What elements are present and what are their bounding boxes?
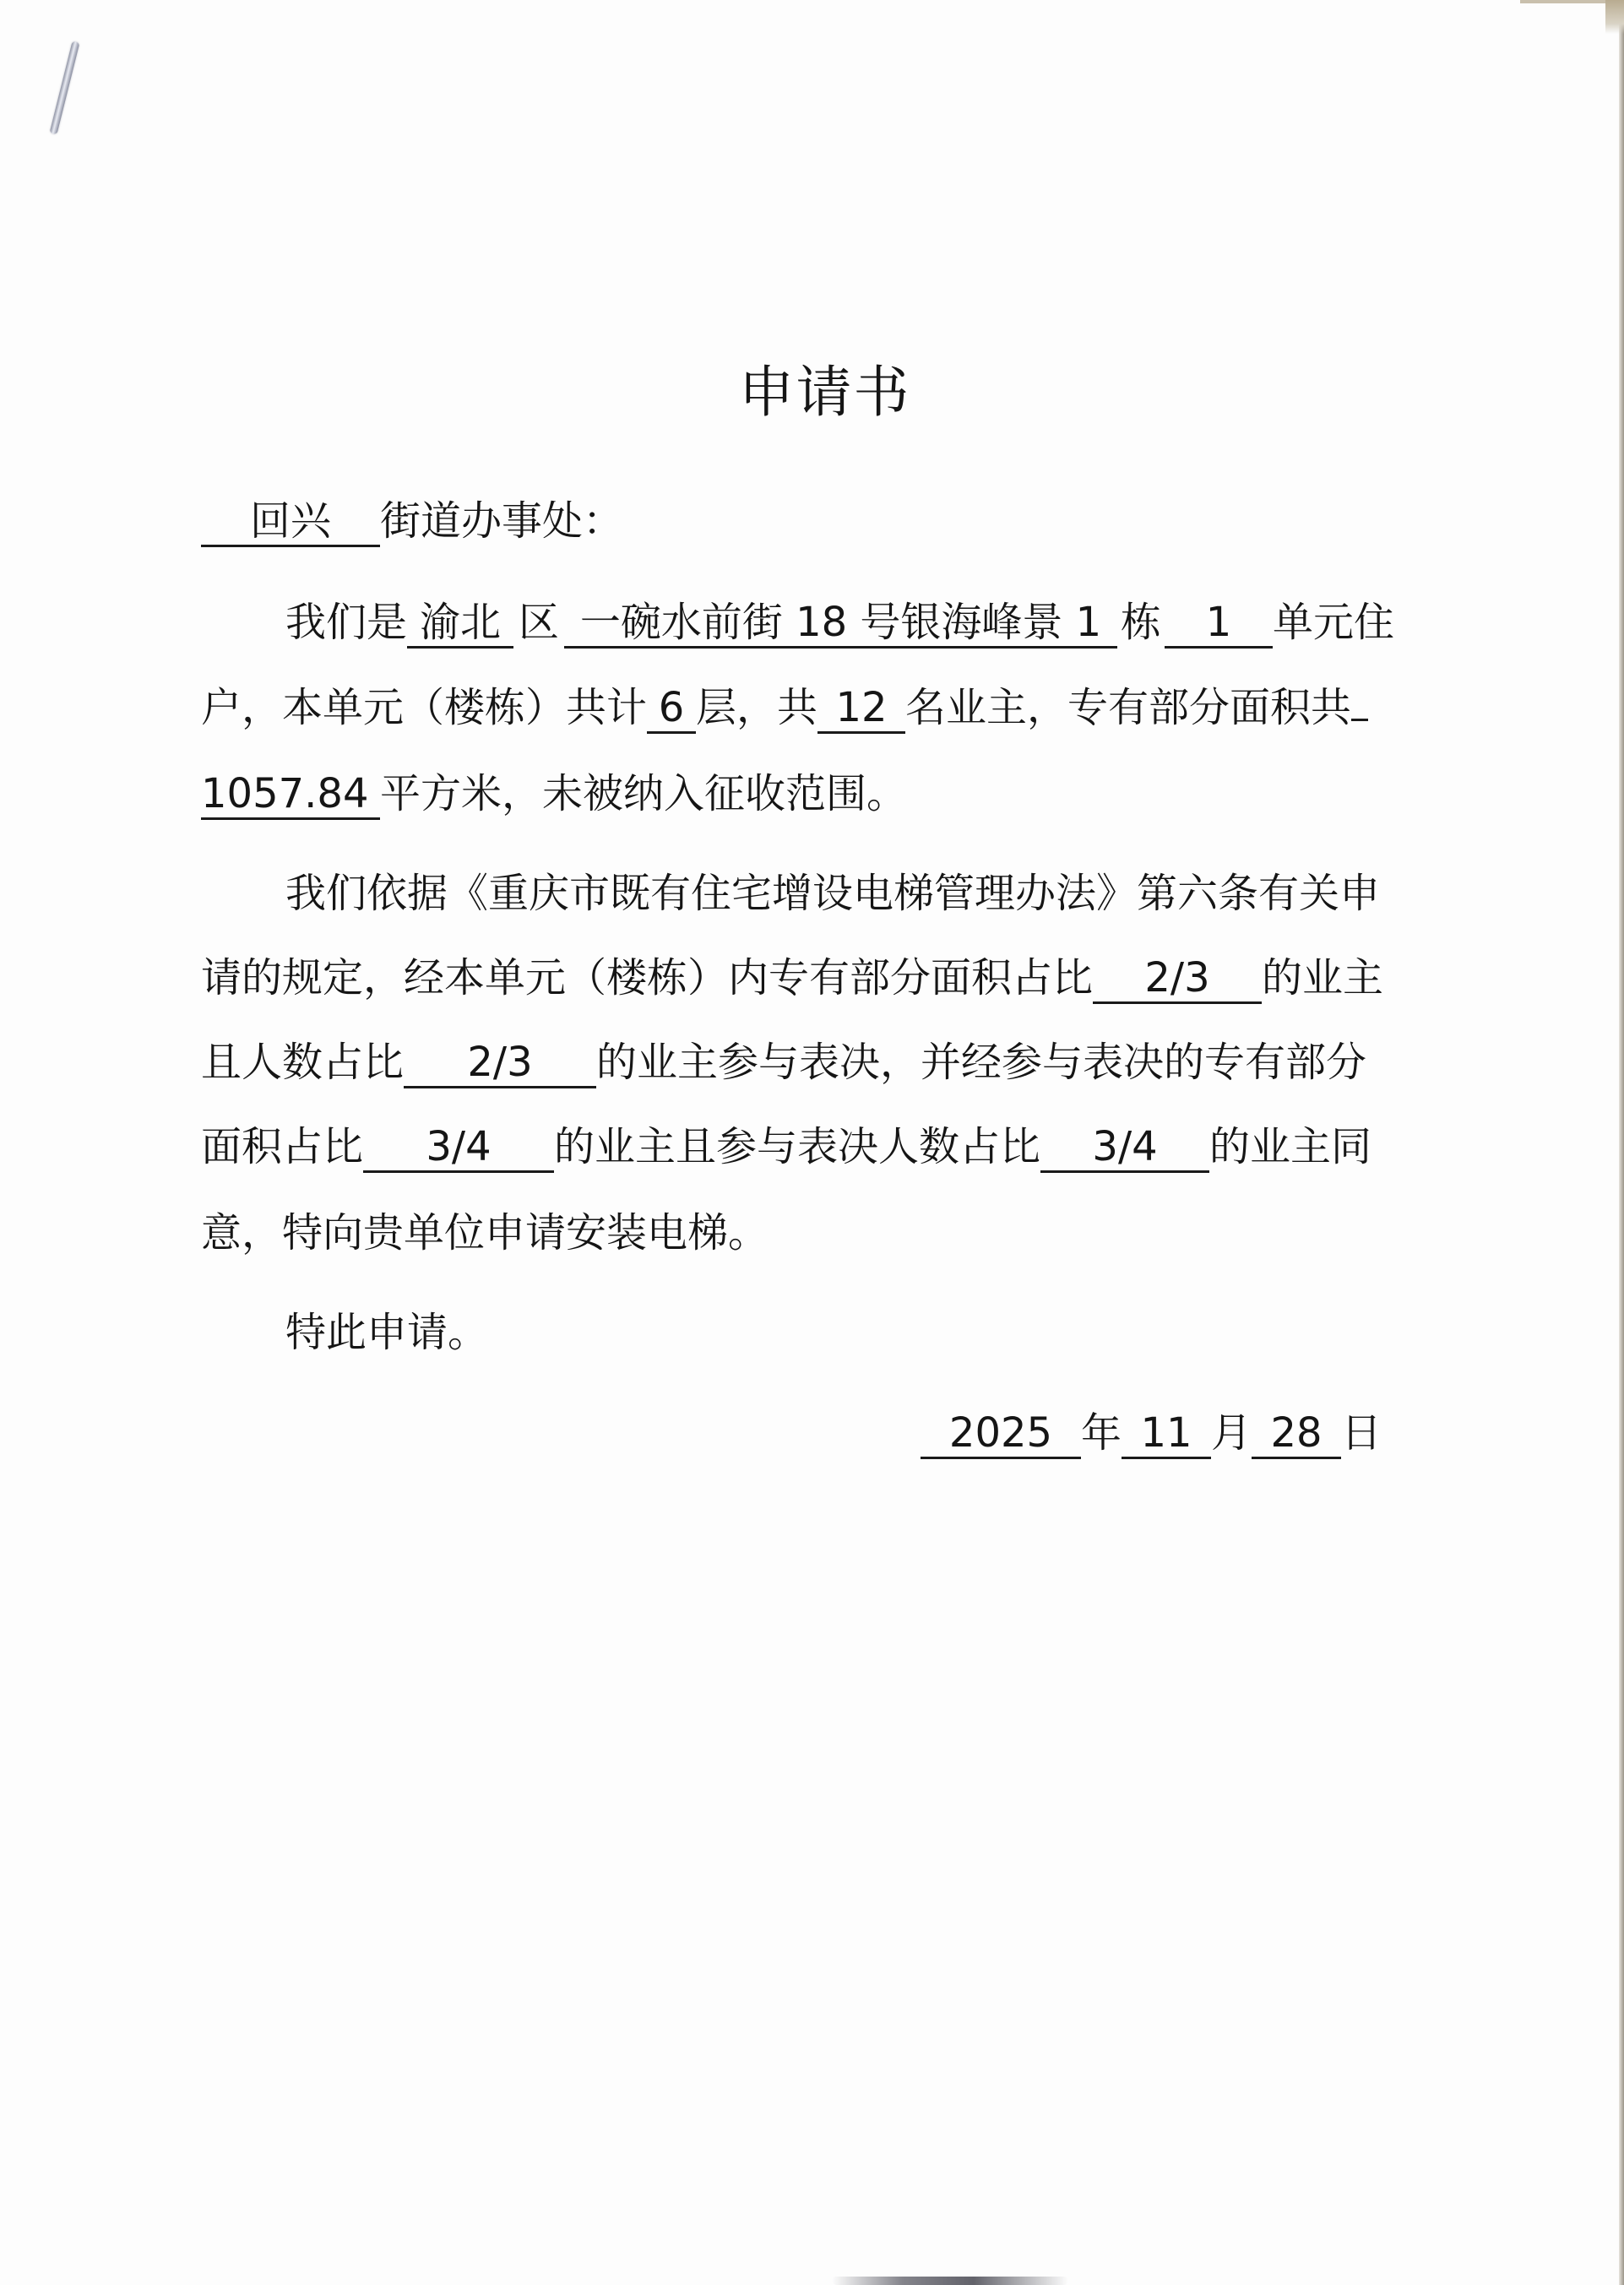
- text: 且人数占比: [201, 1039, 404, 1086]
- paragraph2-line1: 我们依据《重庆市既有住宅增设电梯管理办法》第六条有关申: [201, 868, 1502, 919]
- staple-mark-icon: [50, 41, 80, 135]
- text: 的业主同: [1209, 1123, 1371, 1170]
- paragraph1-line2: 户，本单元（楼栋）共计6层，共12名业主，专有部分面积共: [201, 682, 1417, 733]
- paragraph2-line5: 意，特向贵单位申请安装电梯。: [201, 1208, 1417, 1258]
- day-blank: 28: [1252, 1409, 1341, 1459]
- text: 日: [1341, 1409, 1382, 1457]
- floors-blank: 6: [647, 684, 696, 734]
- text: 栋: [1117, 599, 1165, 646]
- month-blank: 11: [1122, 1409, 1211, 1459]
- text: 名业主，专有部分面积共: [905, 684, 1351, 731]
- paper-corner-shadow: [1605, 0, 1624, 34]
- unit-blank: 1: [1165, 599, 1273, 649]
- area-ratio-agree-blank: 3/4: [363, 1123, 554, 1173]
- paragraph2-line3: 且人数占比2/3的业主参与表决，并经参与表决的专有部分: [201, 1037, 1417, 1088]
- paragraph2-line2: 请的规定，经本单元（楼栋）内专有部分面积占比2/3的业主: [201, 953, 1417, 1003]
- paragraph2-line4: 面积占比3/4的业主且参与表决人数占比3/4的业主同: [201, 1121, 1417, 1172]
- text: 月: [1211, 1409, 1252, 1457]
- paragraph1-line1: 我们是渝北区一碗水前街 18 号银海峰景 1栋1单元住: [201, 597, 1502, 648]
- document-title: 申请书: [0, 355, 1624, 431]
- text: 区: [513, 599, 564, 646]
- date-line: 2025年11月28日: [921, 1408, 1382, 1459]
- bottom-smudge: [832, 2277, 1068, 2285]
- people-ratio-agree-blank: 3/4: [1040, 1123, 1209, 1173]
- year-blank: 2025: [921, 1409, 1081, 1459]
- paragraph1-line3: 1057.84平方米，未被纳入征收范围。: [201, 768, 1417, 819]
- text: 层，共: [696, 684, 817, 731]
- paper-edge-right: [1619, 0, 1624, 2285]
- district-blank: 渝北: [407, 599, 513, 649]
- text: 户，本单元（楼栋）共计: [201, 684, 647, 731]
- text: 平方米，未被纳入征收范围。: [380, 770, 907, 817]
- text: 的业主: [1262, 954, 1383, 1001]
- text: 的业主参与表决，并经参与表决的专有部分: [596, 1039, 1366, 1086]
- text: 的业主且参与表决人数占比: [554, 1123, 1040, 1170]
- text: 面积占比: [201, 1123, 363, 1170]
- text: 单元住: [1273, 599, 1394, 646]
- address-blank: 一碗水前街 18 号银海峰景 1: [564, 599, 1117, 649]
- addressee-line: 回兴街道办事处：: [201, 496, 1417, 546]
- text: 请的规定，经本单元（楼栋）内专有部分面积占比: [201, 954, 1093, 1001]
- people-ratio-participate-blank: 2/3: [404, 1039, 596, 1088]
- text: 年: [1081, 1409, 1122, 1457]
- closing-text: 特此申请。: [201, 1307, 1502, 1358]
- text: 我们是: [285, 599, 407, 646]
- owners-blank: 12: [817, 684, 905, 734]
- addressee-blank: 回兴: [201, 497, 380, 547]
- area-blank-start: [1351, 719, 1368, 721]
- addressee-suffix: 街道办事处：: [380, 497, 623, 545]
- area-blank: 1057.84: [201, 770, 380, 820]
- area-ratio-participate-blank: 2/3: [1093, 954, 1262, 1004]
